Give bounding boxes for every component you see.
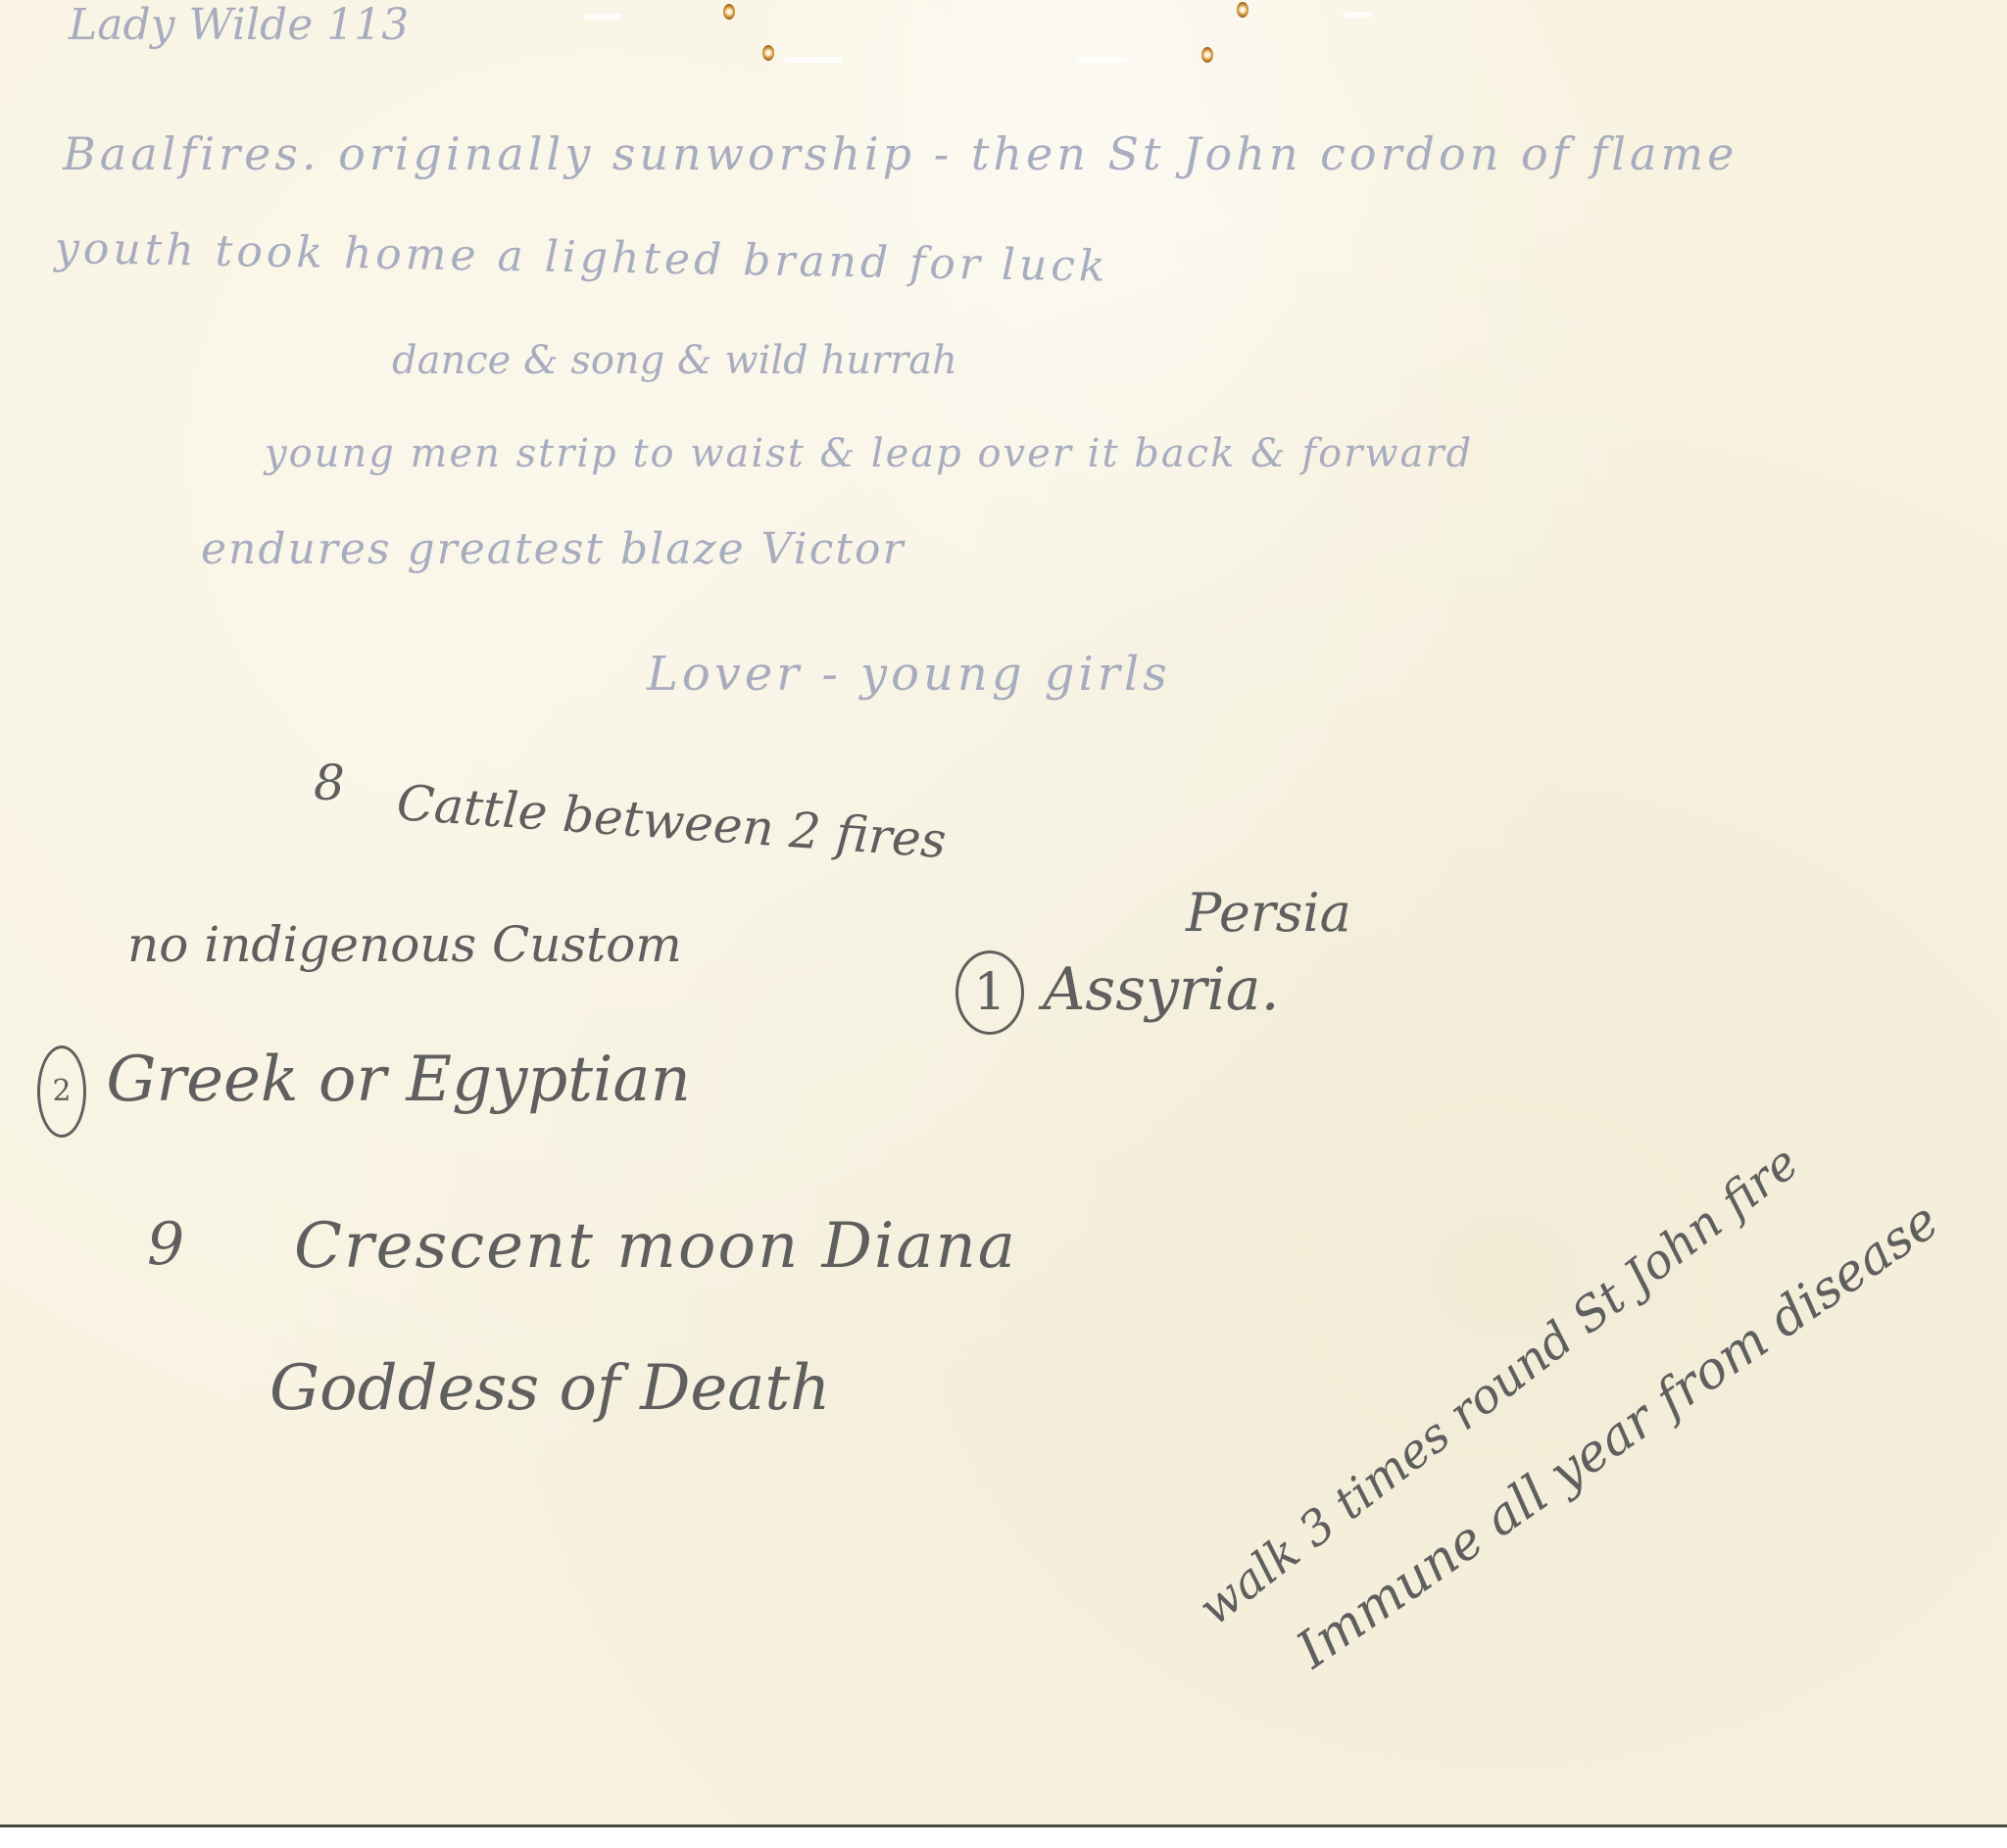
circled-number: 1	[955, 950, 1024, 1035]
staple-hole	[1237, 2, 1248, 18]
note-line: Baalfires. originally sunworship - then …	[63, 127, 1738, 180]
staple-hole	[723, 4, 735, 20]
note-line: youth took home a lighted brand for luck	[55, 223, 1109, 292]
note-line: 1 Assyria.	[955, 950, 1280, 1035]
note-line: Lover - young girls	[647, 647, 1171, 702]
staple-hole	[1201, 47, 1213, 63]
paper-sheet: Lady Wilde 113 Baalfires. originally sun…	[0, 0, 2007, 1827]
paper-crease	[1343, 12, 1372, 18]
note-line: no indigenous Custom	[127, 916, 682, 973]
note-line: Cattle between 2 fires	[395, 774, 948, 869]
note-line: Persia	[1186, 882, 1351, 944]
assyria-label: Assyria.	[1043, 955, 1280, 1024]
item-number: 9	[147, 1210, 184, 1279]
circled-number: 2	[37, 1046, 86, 1138]
greek-label: Greek or Egyptian	[106, 1044, 690, 1116]
item-number: 8	[314, 754, 345, 811]
note-line: endures greatest blaze Victor	[201, 524, 906, 574]
paper-crease	[784, 57, 843, 63]
paper-crease	[583, 14, 622, 20]
note-line: young men strip to waist & leap over it …	[265, 431, 1473, 476]
paper-crease	[1078, 57, 1127, 63]
note-line: dance & song & wild hurrah	[392, 338, 957, 383]
note-line: Crescent moon Diana	[294, 1210, 1017, 1283]
note-line: 2 Greek or Egyptian	[37, 1044, 691, 1138]
staple-hole	[762, 45, 774, 61]
note-line: Goddess of Death	[269, 1352, 830, 1425]
header-note: Lady Wilde 113	[69, 0, 409, 50]
